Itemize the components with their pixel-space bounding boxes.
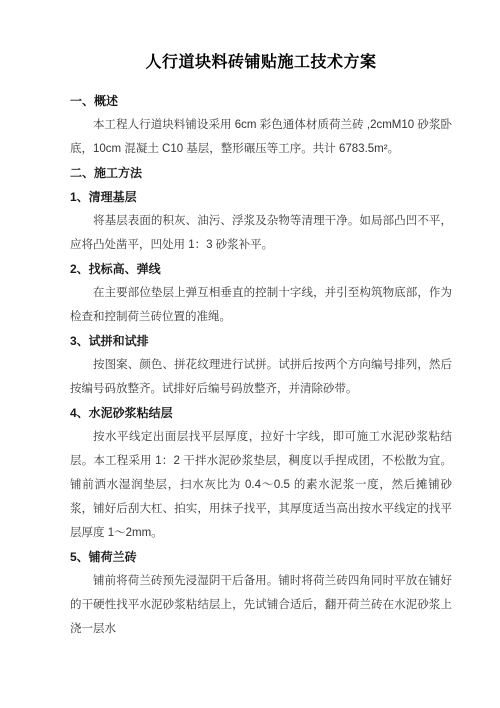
step-3-trial-layout-paragraph: 按图案、颜色、拼花纹理进行试拼。试拼后按两个方向编号排列，然后按编号码放整齐。试… [70, 353, 452, 401]
step-1-clean-base-paragraph: 将基层表面的积灰、油污、浮浆及杂物等清理干净。如局部凸凹不平，应将凸处凿平，凹处… [70, 209, 452, 257]
step-2-level-line-heading: 2、找标高、弹线 [70, 257, 452, 281]
step-2-level-line-paragraph: 在主要部位垫层上弹互相垂直的控制十字线，并引至构筑物底部，作为检查和控制荷兰砖位… [70, 281, 452, 329]
document-title: 人行道块料砖铺贴施工技术方案 [70, 50, 452, 76]
step-4-mortar-bond-layer-paragraph: 按水平线定出面层找平层厚度，拉好十字线，即可施工水泥砂浆粘结层。本工程采用 1：… [70, 425, 452, 545]
step-1-clean-base-heading: 1、清理基层 [70, 185, 452, 209]
step-4-mortar-bond-layer-heading: 4、水泥砂浆粘结层 [70, 401, 452, 425]
step-5-lay-brick-heading: 5、铺荷兰砖 [70, 545, 452, 569]
section-overview-heading: 一、概述 [70, 89, 452, 113]
section-overview-paragraph: 本工程人行道块料铺设采用 6cm 彩色通体材质荷兰砖 ,2cmM10 砂浆卧底，… [70, 113, 452, 161]
section-methods-heading: 二、施工方法 [70, 161, 452, 185]
document-page: 人行道块料砖铺贴施工技术方案 一、概述 本工程人行道块料铺设采用 6cm 彩色通… [0, 0, 500, 708]
step-3-trial-layout-heading: 3、试拼和试排 [70, 329, 452, 353]
step-5-lay-brick-paragraph: 铺前将荷兰砖预先浸湿阴干后备用。铺时将荷兰砖四角同时平放在铺好的干硬性找平水泥砂… [70, 569, 452, 641]
